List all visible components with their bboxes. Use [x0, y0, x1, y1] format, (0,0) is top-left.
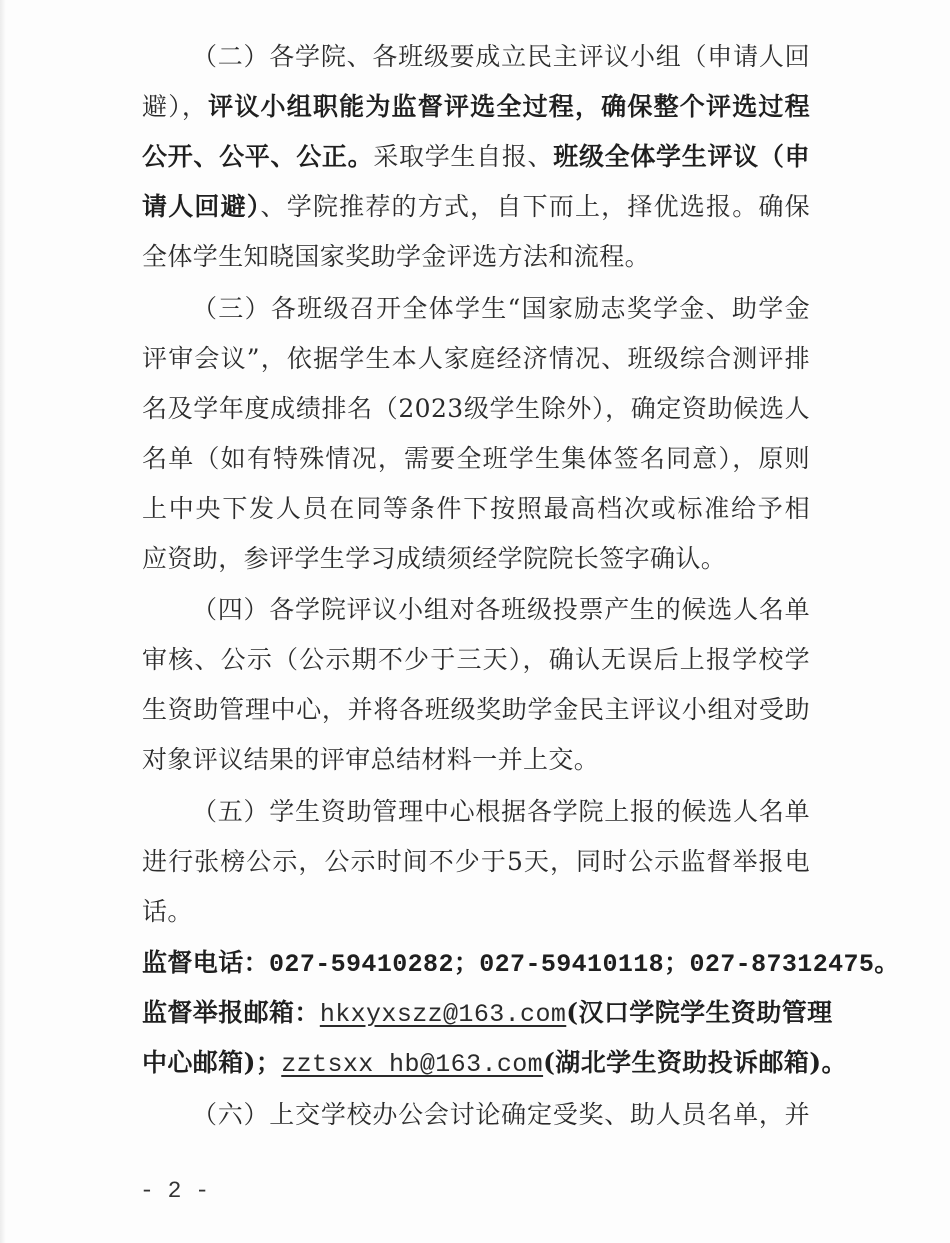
section-3-line-4: 名单（如有特殊情况，需要全班学生集体签名同意），原则: [142, 434, 810, 484]
section-4-line-1: （四）各学院评议小组对各班级投票产生的候选人名单: [192, 585, 810, 635]
section-4-line-3: 生资助管理中心，并将各班级奖助学金民主评议小组对受助: [142, 685, 810, 735]
email-link-hubei[interactable]: zztsxx hb@163.com: [281, 1050, 543, 1079]
section-3-line-5: 上中央下发人员在同等条件下按照最高档次或标准给予相: [142, 484, 810, 534]
section-2-line-1: （二）各学院、各班级要成立民主评议小组（申请人回: [192, 32, 810, 82]
email-label: 监督举报邮箱：: [142, 998, 320, 1027]
text-bold: 班级全体学生评议（申: [553, 142, 810, 171]
text-bold: 评议小组职能为监督评选全过程，确保整个评选过程: [208, 92, 810, 121]
section-4-line-2: 审核、公示（公示期不少于三天），确认无误后上报学校学: [142, 635, 810, 685]
page-number: - 2 -: [140, 1178, 209, 1204]
section-3-line-3: 名及学年度成绩排名（2023级学生除外），确定资助候选人: [142, 384, 810, 434]
text-normal: 采取学生自报、: [373, 142, 553, 171]
text-normal: 避），: [142, 92, 208, 121]
section-2-line-5: 全体学生知晓国家奖助学金评选方法和流程。: [142, 232, 810, 282]
section-2-line-2: 避），评议小组职能为监督评选全过程，确保整个评选过程: [142, 82, 810, 132]
email-link-hkxy[interactable]: hkxyxszz@163.com: [320, 1000, 566, 1029]
document-page: （二）各学院、各班级要成立民主评议小组（申请人回 避），评议小组职能为监督评选全…: [0, 0, 950, 1243]
text-bold: 公开、公平、公正。: [142, 142, 373, 171]
section-3-line-1: （三）各班级召开全体学生“国家励志奖学金、助学金: [192, 284, 810, 334]
email-desc: (湖北学生资助投诉邮箱)。: [543, 1048, 847, 1077]
supervision-email-line-2: 中心邮箱)；zztsxx hb@163.com(湖北学生资助投诉邮箱)。: [142, 1038, 810, 1088]
supervision-phone-line: 监督电话：027-59410282；027-59410118；027-87312…: [142, 938, 810, 988]
section-5-line-1: （五）学生资助管理中心根据各学院上报的候选人名单: [192, 787, 810, 837]
scan-edge-shadow: [0, 0, 6, 1243]
phone-label: 监督电话：: [142, 948, 269, 977]
supervision-email-line-1: 监督举报邮箱：hkxyxszz@163.com(汉口学院学生资助管理: [142, 988, 810, 1038]
email-desc: (汉口学院学生资助管理: [566, 998, 832, 1027]
section-2-line-4: 请人回避）、学院推荐的方式，自下而上，择优选报。确保: [142, 182, 810, 232]
phone-numbers: 027-59410282；027-59410118；027-87312475。: [269, 950, 900, 979]
section-2-line-3: 公开、公平、公正。采取学生自报、班级全体学生评议（申: [142, 132, 810, 182]
section-4-line-4: 对象评议结果的评审总结材料一并上交。: [142, 735, 810, 785]
section-6-line-1: （六）上交学校办公会讨论确定受奖、助人员名单，并: [192, 1090, 810, 1140]
section-3-line-6: 应资助，参评学生学习成绩须经学院院长签字确认。: [142, 534, 810, 584]
section-3-line-2: 评审会议”，依据学生本人家庭经济情况、班级综合测评排: [142, 334, 810, 384]
text-normal: 、学院推荐的方式，自下而上，择优选报。确保: [261, 192, 810, 221]
email-desc: 中心邮箱)；: [142, 1048, 281, 1077]
text-bold: 请人回避）: [142, 192, 261, 221]
section-5-line-2: 进行张榜公示，公示时间不少于5天，同时公示监督举报电: [142, 837, 810, 887]
section-5-line-3: 话。: [142, 887, 810, 937]
